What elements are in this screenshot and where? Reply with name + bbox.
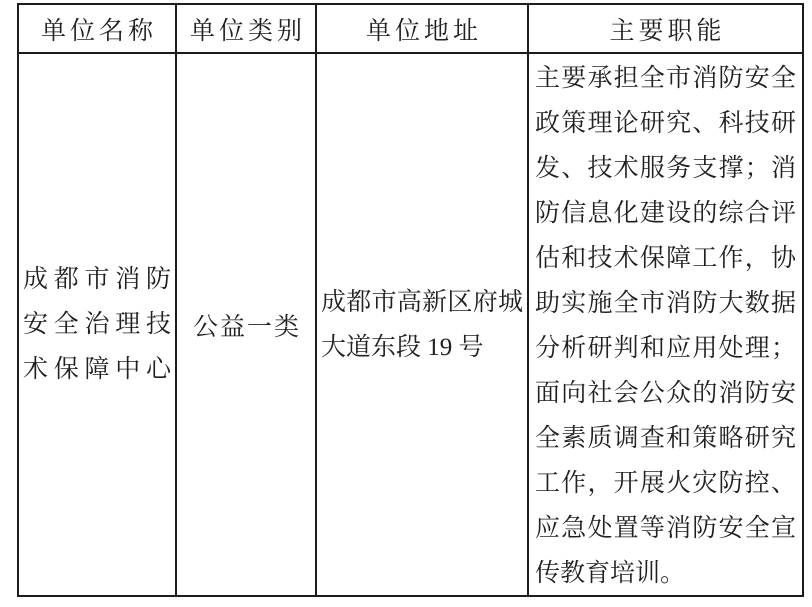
page: 单位名称 单位类别 单位地址 主要职能 成都市消防安全治理技术保障中心 公益一类…	[0, 0, 812, 607]
unit-name-text: 成都市消防安全治理技术保障中心	[23, 257, 171, 392]
cell-unit-category: 公益一类	[175, 52, 315, 595]
cell-unit-address: 成都市高新区府城大道东段 19 号	[315, 52, 527, 595]
unit-info-table: 单位名称 单位类别 单位地址 主要职能 成都市消防安全治理技术保障中心 公益一类…	[17, 3, 804, 597]
unit-category-text: 公益一类	[193, 307, 301, 343]
unit-address-text: 成都市高新区府城大道东段 19 号	[321, 280, 523, 370]
header-unit-category: 单位类别	[175, 5, 315, 52]
header-main-functions: 主要职能	[527, 5, 802, 52]
header-unit-address: 单位地址	[315, 5, 527, 52]
header-unit-name: 单位名称	[19, 5, 175, 52]
cell-unit-name: 成都市消防安全治理技术保障中心	[19, 52, 175, 595]
cell-main-functions: 主要承担全市消防安全政策理论研究、科技研发、技术服务支撑；消防信息化建设的综合评…	[527, 52, 802, 595]
